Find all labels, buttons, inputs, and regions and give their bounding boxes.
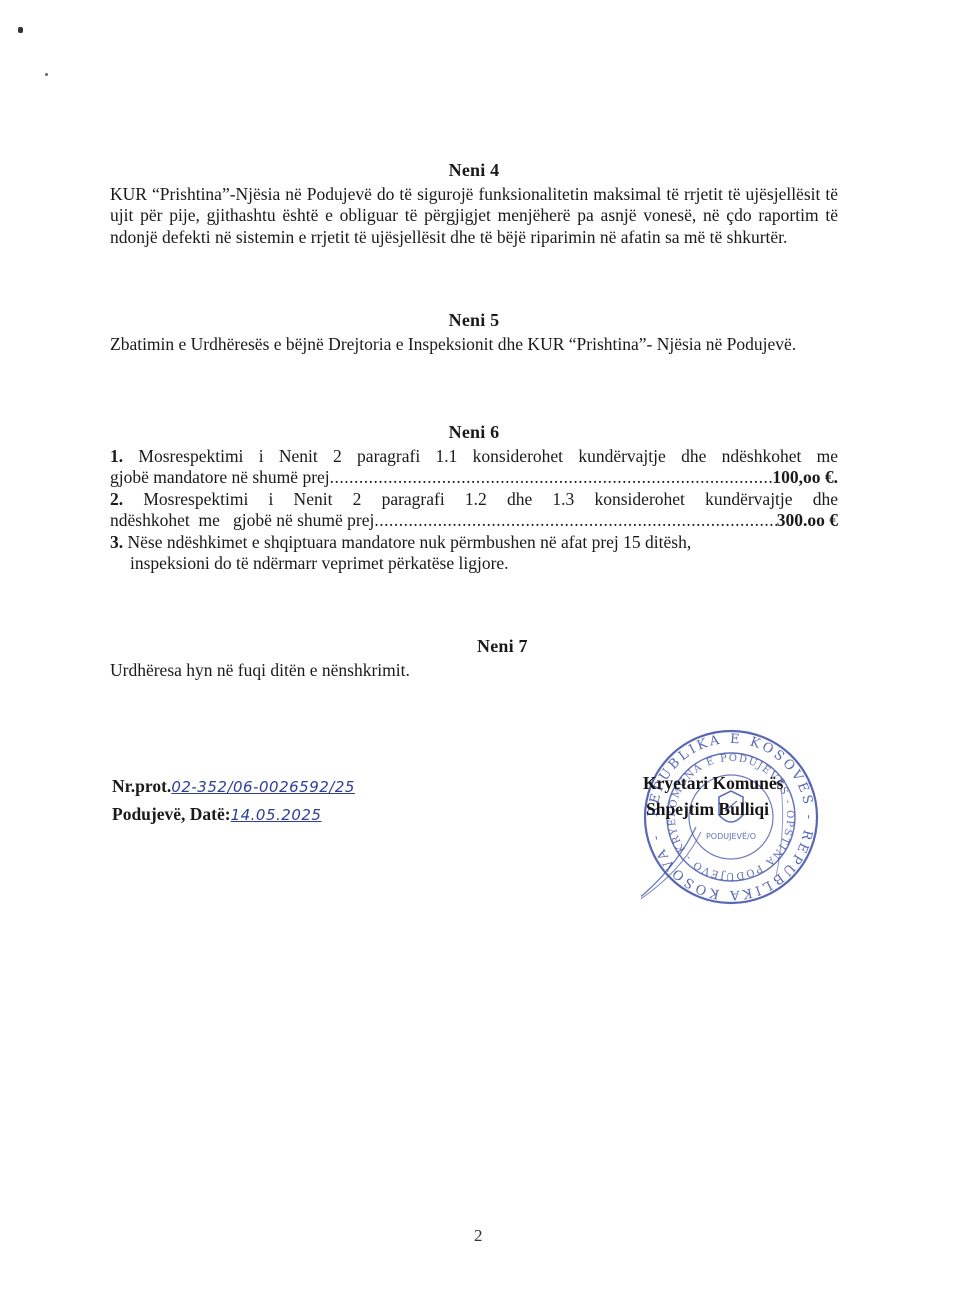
article-text: KUR “Prishtina”-Njësia në Podujevë do të… — [110, 184, 838, 249]
article-title: Neni 7 — [110, 636, 838, 658]
item-text: Mosrespektimi i Nenit 2 paragrafi 1.2 dh… — [143, 489, 838, 509]
article-6: Neni 6 1. Mosrespektimi i Nenit 2 paragr… — [110, 422, 838, 575]
page-number: 2 — [474, 1226, 483, 1246]
item-number: 3. — [110, 532, 123, 552]
article-5: Neni 5 Zbatimin e Urdhëresës e bëjnë Dre… — [110, 310, 838, 355]
article-title: Neni 6 — [110, 422, 838, 444]
fine-row: gjobë mandatore në shumë prej ..........… — [110, 467, 838, 489]
article-7: Neni 7 Urdhëresa hyn në fuqi ditën e nën… — [110, 636, 838, 681]
item-number: 1. — [110, 446, 123, 466]
fine-amount: 300.oo € — [777, 510, 838, 532]
penalty-item-3: 3. Nëse ndëshkimet e shqiptuara mandator… — [110, 532, 838, 575]
signatory-name: Shpejtim Bulliqi — [643, 796, 783, 822]
item-text-continued: inspeksioni do të ndërmarr veprimet përk… — [110, 553, 838, 575]
fine-row: ndëshkohet me gjobë në shumë prej ......… — [110, 510, 838, 532]
protocol-number: 02-352/06-0026592/25 — [171, 778, 355, 796]
article-title: Neni 4 — [110, 160, 838, 182]
article-title: Neni 5 — [110, 310, 838, 332]
signature-block: Kryetari Komunës Shpejtim Bulliqi — [643, 770, 783, 822]
dot-leader: ........................................… — [330, 467, 773, 489]
dot-leader: ........................................… — [374, 510, 776, 532]
item-text: gjobë mandatore në shumë prej — [110, 467, 330, 489]
penalty-item-2: 2. Mosrespektimi i Nenit 2 paragrafi 1.2… — [110, 489, 838, 532]
item-text: Mosrespektimi i Nenit 2 paragrafi 1.1 ko… — [138, 446, 838, 466]
date-value: 14.05.2025 — [231, 806, 322, 824]
svg-text:PODUJEVË/O: PODUJEVË/O — [706, 831, 756, 841]
item-text: Nëse ndëshkimet e shqiptuara mandatore n… — [128, 532, 692, 552]
scan-speck — [18, 27, 23, 33]
place-date-label: Podujevë, Datë: — [112, 804, 231, 824]
protocol-line: Nr.prot.02-352/06-0026592/25 — [112, 773, 355, 801]
protocol-label: Nr.prot. — [112, 776, 171, 796]
item-text: ndëshkohet me gjobë në shumë prej — [110, 510, 374, 532]
scan-speck — [45, 73, 48, 76]
signatory-role: Kryetari Komunës — [643, 770, 783, 796]
fine-amount: 100,oo €. — [772, 467, 838, 489]
protocol-block: Nr.prot.02-352/06-0026592/25 Podujevë, D… — [112, 773, 355, 829]
item-number: 2. — [110, 489, 123, 509]
article-4: Neni 4 KUR “Prishtina”-Njësia në Podujev… — [110, 160, 838, 248]
article-text: Zbatimin e Urdhëresës e bëjnë Drejtoria … — [110, 334, 838, 356]
article-text: Urdhëresa hyn në fuqi ditën e nënshkrimi… — [110, 660, 838, 682]
penalty-item-1: 1. Mosrespektimi i Nenit 2 paragrafi 1.1… — [110, 446, 838, 489]
date-line: Podujevë, Datë:14.05.2025 — [112, 801, 355, 829]
